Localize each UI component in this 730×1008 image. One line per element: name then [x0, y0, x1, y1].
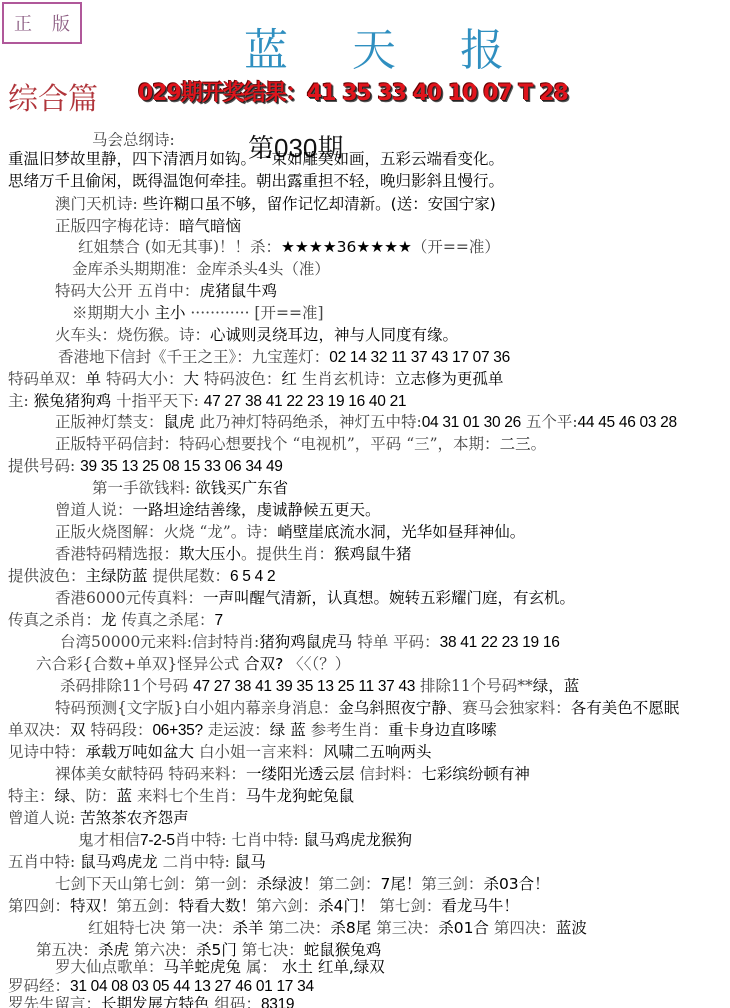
line-value: 七彩缤纷顿有神: [421, 765, 530, 783]
line-value: 7尾！: [381, 875, 422, 893]
line-numbers: 47 27 38 41 22 23 19 16 40 21: [204, 393, 406, 410]
line-value: 杀8尾: [330, 919, 371, 937]
line-value: 杀绿波！: [257, 875, 319, 893]
text-line: 火车头：烧伤猴。诗：心诚则灵绕耳边，神与人同度有缘。: [55, 325, 458, 345]
line-value: 长期发展方特色: [101, 995, 210, 1008]
line-value: 合双?: [244, 655, 283, 673]
line-label: 提供波色：: [8, 567, 86, 585]
text-line: 第一手欲钱料: 欲钱买广东省: [92, 478, 288, 498]
text-line: 台湾50000元来料:信封特肖:猪狗鸡鼠虎马 特单 平码：38 41 22 23…: [60, 632, 560, 653]
line-label: 鬼才相信: [78, 831, 140, 849]
section-title: 综合篇: [8, 74, 98, 118]
text-line: 香港地下信封《千王之王》：九宝莲灯：02 14 32 11 37 43 17 0…: [58, 347, 510, 368]
line-value: 暗气暗恼: [179, 217, 241, 235]
line-value: 绿，蓝: [533, 677, 580, 695]
line-numbers: 8319: [261, 996, 294, 1008]
line-label: 第四剑：: [8, 897, 70, 915]
line-label: 组码：: [210, 995, 261, 1008]
line-numbers: 39 35 13 25 08 15 33 06 34 49: [80, 458, 282, 475]
line-label: 罗大仙点歌单：: [55, 958, 164, 976]
line-label: 六合彩{合数+单双}怪异公式: [36, 655, 244, 673]
line-value: 鼠马: [235, 853, 266, 871]
line-value: 杀羊: [232, 919, 263, 937]
text-line: 思绪万千且偷闲，既得温饱何牵挂。朝出露重担不轻，晚归影斜且慢行。: [8, 171, 504, 191]
line-value: 心诚则灵绕耳边，神与人同度有缘。: [210, 326, 458, 344]
line-value: 峭壁崖底流水洞，光华如昼拜神仙。: [277, 523, 525, 541]
line-value: 虎猪鼠牛鸡: [199, 282, 277, 300]
title-char: 蓝: [244, 14, 288, 78]
line-label: 香港地下信封《千王之王》：九宝莲灯：: [58, 348, 329, 366]
line-value: 些许糊口虽不够，留作记忆却清新。(送：安国宁家): [143, 195, 496, 213]
line-label: 澳门天机诗:: [55, 195, 143, 213]
line-value: 欲钱买广东省: [195, 479, 288, 497]
text-line: 特码单双：单 特码大小：大 特码波色：红 生肖玄机诗：立志修为更孤单: [8, 369, 503, 389]
text-line: 红姐禁合 (如无其事)！！杀：★★★★36★★★★（开==准）: [78, 237, 500, 257]
line-label: 特码大公开 五肖中：: [55, 282, 199, 300]
line-value: 承载万吨如盆大: [86, 743, 195, 761]
line-value: 主小: [154, 304, 185, 322]
line-value: 绿 蓝: [270, 721, 306, 739]
line-label: 第一手欲钱料:: [92, 479, 195, 497]
line-value: 水土 红单,绿双: [277, 958, 385, 976]
text-line: 特码预测{文字版}白小姐内幕亲身消息：金乌斜照夜宁静、赛马会独家料：各有美色不愿…: [55, 698, 679, 718]
text-line: 澳门天机诗: 些许糊口虽不够，留作记忆却清新。(送：安国宁家): [55, 194, 496, 214]
edition-badge: 正 版: [2, 2, 82, 44]
line-label: 第四决：: [489, 919, 556, 937]
line-label: 正版火烧图解：火烧 “龙”。诗：: [55, 523, 277, 541]
line-label: 五个平:: [521, 413, 578, 431]
line-value: 一路坦途结善缘，虔诚静候五更天。: [133, 501, 381, 519]
line-value: 重卡身边直哆嗦: [388, 721, 497, 739]
line-label: 七剑下天山第七剑：第一剑：: [55, 875, 257, 893]
line-label: 传真之杀尾：: [117, 611, 215, 629]
line-label: 第三决：: [371, 919, 438, 937]
line-label: 来料七个生肖：: [132, 787, 245, 805]
line-label: 提供号码:: [8, 457, 80, 475]
line-label: 参考生肖：: [306, 721, 388, 739]
badge-char: 正: [14, 10, 32, 36]
text-line: 重温旧梦故里静，四下清洒月如钩。一束如雕美如画，五彩云端看变化。: [8, 149, 504, 169]
text-line: 见诗中特：承载万吨如盆大 白小姐一言来料：风啸二五响两头: [8, 742, 431, 762]
line-numbers: 7: [214, 612, 222, 629]
line-numbers: 47 27 38 41 39 35 13 25 11 37 43: [193, 678, 415, 695]
line-label: 特码大小：: [101, 370, 183, 388]
line-value: 蓝: [117, 787, 133, 805]
line-label: 五肖中特:: [8, 853, 80, 871]
line-label: 火车头：烧伤猴。诗：: [55, 326, 210, 344]
line-label: 、赛马会独家料：: [447, 699, 571, 717]
text-line: ※期期大小 主小 ············ [开==准]: [72, 303, 324, 323]
line-label: 第六剑：: [256, 897, 318, 915]
line-label: 提供尾数：: [148, 567, 230, 585]
line-value: 猴兔猪狗鸡: [34, 392, 112, 410]
line-numbers: 06+35?: [152, 722, 202, 739]
line-label: 生肖玄机诗：: [297, 370, 395, 388]
line-value: 鼠虎: [164, 413, 195, 431]
line-value: ★★★★36★★★★: [281, 238, 412, 256]
line-label: 特码预测{文字版}白小姐内幕亲身消息：: [55, 699, 338, 717]
text-line: 金库杀头期期准：金库杀头4头（准）: [72, 259, 330, 279]
text-line: 单双决：双 特码段：06+35? 走运波：绿 蓝 参考生肖：重卡身边直哆嗦: [8, 720, 497, 741]
line-label: 主:: [8, 392, 34, 410]
line-label: 白小姐一言来料：: [194, 743, 323, 761]
line-value: 苦煞茶农齐怨声: [80, 809, 189, 827]
line-label: 罗码经：: [8, 977, 70, 995]
line-label: 第二决：: [263, 919, 330, 937]
text-line: 主: 猴兔猪狗鸡 十指平天下: 47 27 38 41 22 23 19 16 …: [8, 391, 406, 412]
line-label: 台湾50000元来料:信封特肖:: [60, 633, 259, 651]
text-line: 提供号码: 39 35 13 25 08 15 33 06 34 49: [8, 456, 283, 477]
line-value: 龙: [101, 611, 117, 629]
line-numbers: 44 45 46 03 28: [578, 414, 677, 431]
line-value: 双: [70, 721, 86, 739]
line-label: 信封料：: [354, 765, 421, 783]
line-value: 金乌斜照夜宁静: [338, 699, 447, 717]
line-label: 传真之杀肖：: [8, 611, 101, 629]
text-line: 特码大公开 五肖中：虎猪鼠牛鸡: [55, 281, 277, 301]
newspaper-title: 蓝 天 报: [244, 14, 504, 78]
line-label: 曾道人说:: [8, 809, 80, 827]
line-label: 正版神灯禁支：: [55, 413, 164, 431]
line-value: 特看大数！: [179, 897, 257, 915]
line-value: 一声叫醒气清新，认真想。婉转五彩耀门庭，有玄机。: [203, 589, 575, 607]
line-numbers: 7-2-5: [140, 832, 175, 849]
line-numbers: 6 5 4 2: [230, 568, 275, 585]
line-value: 特双！: [70, 897, 117, 915]
line-label: 单双决：: [8, 721, 70, 739]
line-value: 重温旧梦故里静，四下清洒月如钩。一束如雕美如画，五彩云端看变化。: [8, 150, 504, 168]
line-value: 大: [183, 370, 199, 388]
text-line: 提供波色：主绿防蓝 提供尾数：6 5 4 2: [8, 566, 275, 587]
line-label: 第二剑：: [319, 875, 381, 893]
text-line: 裸体美女献特码 特码来料：一缕阳光透云层 信封料：七彩缤纷顿有神: [55, 764, 530, 784]
line-label: 第三剑：: [421, 875, 483, 893]
line-label: 此乃神灯特码绝杀，神灯五中特:: [195, 413, 422, 431]
line-label: 特码段：: [86, 721, 153, 739]
text-line: 红姐特七决 第一决：杀羊 第二决：杀8尾 第三决：杀01合 第四决：蓝波: [88, 918, 587, 938]
badge-char: 版: [52, 10, 70, 36]
text-line: 马会总纲诗:: [92, 130, 175, 150]
line-label: （开==准）: [412, 238, 500, 256]
line-label: 马会总纲诗:: [92, 131, 175, 149]
line-label: 正版特平码信封：特码心想要找个 “电视机”，平码 “三”，本期：: [55, 435, 500, 453]
line-value: 单: [86, 370, 102, 388]
line-label: 第七剑：: [374, 897, 441, 915]
text-line: 鬼才相信7-2-5肖中特: 七肖中特: 鼠马鸡虎龙猴狗: [78, 830, 412, 851]
line-label: 曾道人说：: [55, 501, 133, 519]
line-value: 二三: [500, 435, 531, 453]
line-numbers: 04 31 01 30 26: [422, 414, 521, 431]
line-value: 立志修为更孤单: [395, 370, 504, 388]
line-value: 蓝波: [556, 919, 587, 937]
line-value: 思绪万千且偷闲，既得温饱何牵挂。朝出露重担不轻，晚归影斜且慢行。: [8, 172, 504, 190]
line-label: 、防：: [70, 787, 117, 805]
line-label: 特码单双：: [8, 370, 86, 388]
line-numbers: 38 41 22 23 19 16: [440, 634, 560, 651]
line-label: 属：: [241, 958, 277, 976]
line-label: 第五剑：: [117, 897, 179, 915]
line-value: 杀01合: [438, 919, 489, 937]
text-line: 正版四字梅花诗：暗气暗恼: [55, 216, 241, 236]
line-label: 排除11个号码**: [415, 677, 533, 695]
text-line: 香港6000元传真料：一声叫醒气清新，认真想。婉转五彩耀门庭，有玄机。: [55, 588, 575, 608]
title-char: 报: [460, 14, 504, 78]
text-line: 曾道人说：一路坦途结善缘，虔诚静候五更天。: [55, 500, 381, 520]
text-line: 罗大仙点歌单：马羊蛇虎兔 属： 水土 红单,绿双: [55, 957, 385, 977]
line-label: 香港6000元传真料：: [55, 589, 203, 607]
line-label: 罗先生留言：: [8, 995, 101, 1008]
line-label: ············ [开==准]: [185, 304, 323, 322]
line-label: 二肖中特:: [158, 853, 235, 871]
line-value: 绿: [55, 787, 71, 805]
line-value: 鼠马鸡虎龙: [80, 853, 158, 871]
line-value: 杀4门！: [318, 897, 374, 915]
line-value: 主绿防蓝: [86, 567, 148, 585]
line-label: 香港特码精选报：: [55, 545, 179, 563]
text-line: 七剑下天山第七剑：第一剑：杀绿波！第二剑：7尾！第三剑：杀03合！: [55, 874, 550, 894]
line-value: 各有美色不愿眠: [571, 699, 680, 717]
line-value: 看龙马牛！: [441, 897, 519, 915]
line-label: 〈〈（？）: [283, 655, 350, 673]
text-line: 传真之杀肖：龙 传真之杀尾：7: [8, 610, 223, 631]
line-label: 特主：: [8, 787, 55, 805]
line-value: 一缕阳光透云层: [246, 765, 355, 783]
line-value: 鼠马鸡虎龙猴狗: [304, 831, 413, 849]
text-line: 六合彩{合数+单双}怪异公式 合双? 〈〈（？）: [36, 654, 350, 674]
line-label: 正版四字梅花诗：: [55, 217, 179, 235]
line-value: 杀03合！: [483, 875, 549, 893]
text-line: 正版神灯禁支：鼠虎 此乃神灯特码绝杀，神灯五中特:04 31 01 30 26 …: [55, 412, 677, 433]
line-value: 马牛龙狗蛇兔鼠: [246, 787, 355, 805]
line-value: 猴鸡鼠牛猪: [334, 545, 412, 563]
title-char: 天: [352, 14, 396, 78]
text-line: 罗先生留言：长期发展方特色 组码：8319: [8, 994, 294, 1008]
line-label: 走运波：: [203, 721, 270, 739]
line-value: 马羊蛇虎兔: [164, 958, 242, 976]
text-line: 杀码排除11个号码 47 27 38 41 39 35 13 25 11 37 …: [60, 676, 579, 697]
line-label: 。: [531, 435, 547, 453]
text-line: 五肖中特: 鼠马鸡虎龙 二肖中特: 鼠马: [8, 852, 266, 872]
line-numbers: 02 14 32 11 37 43 17 07 36: [329, 349, 510, 366]
text-line: 香港特码精选报：欺大压小。提供生肖：猴鸡鼠牛猪: [55, 544, 412, 564]
line-numbers: 31 04 08 03 05 44 13 27 46 01 17 34: [70, 978, 314, 995]
text-line: 曾道人说: 苦煞茶农齐怨声: [8, 808, 189, 828]
line-label: 特单 平码：: [352, 633, 439, 651]
line-label: 杀码排除11个号码: [60, 677, 193, 695]
text-line: 特主：绿、防：蓝 来料七个生肖：马牛龙狗蛇兔鼠: [8, 786, 354, 806]
line-label: 见诗中特：: [8, 743, 86, 761]
line-label: ※期期大小: [72, 304, 154, 322]
line-label: 裸体美女献特码 特码来料：: [55, 765, 246, 783]
line-label: 十指平天下:: [111, 392, 204, 410]
line-label: 红姐禁合 (如无其事)！！杀：: [78, 238, 281, 256]
line-label: 金库杀头期期准：金库杀头4头（准）: [72, 260, 330, 278]
line-label: 红姐特七决 第一决：: [88, 919, 232, 937]
last-draw-result: 029期开奖结果：41 35 33 40 10 07 T 28: [138, 76, 568, 107]
line-value: 风啸二五响两头: [323, 743, 432, 761]
line-label: 。提供生肖：: [241, 545, 334, 563]
text-line: 正版特平码信封：特码心想要找个 “电视机”，平码 “三”，本期：二三。: [55, 434, 546, 454]
text-line: 正版火烧图解：火烧 “龙”。诗：峭壁崖底流水洞，光华如昼拜神仙。: [55, 522, 525, 542]
line-label: 特码波色：: [199, 370, 281, 388]
text-line: 第四剑：特双！第五剑：特看大数！第六剑：杀4门！ 第七剑：看龙马牛！: [8, 896, 519, 916]
line-value: 猪狗鸡鼠虎马: [259, 633, 352, 651]
line-value: 红: [281, 370, 297, 388]
line-label: 肖中特: 七肖中特:: [175, 831, 304, 849]
line-value: 欺大压小: [179, 545, 241, 563]
